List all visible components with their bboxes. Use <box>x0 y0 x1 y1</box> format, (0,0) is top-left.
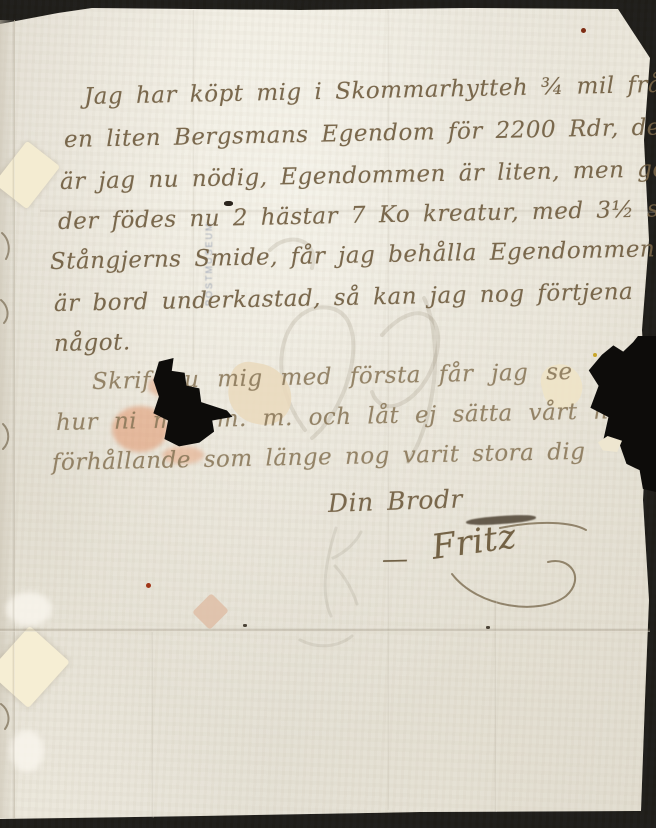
fold-crease-horizontal-main <box>0 628 650 632</box>
fold-nick-left <box>243 624 247 627</box>
red-ink-dot-top <box>581 28 586 33</box>
closing-line: Din Brodr <box>327 484 463 518</box>
yellow-speck <box>593 353 597 357</box>
letter-scan: POSTMUSEUM Jag har köpt mig i Skommarhyt… <box>0 0 656 828</box>
red-ink-dot-bottom <box>146 583 151 588</box>
letter-line: något. <box>54 329 131 357</box>
dark-speck-top <box>224 201 233 206</box>
fold-crease-vertical-left <box>12 22 15 818</box>
fold-nick-right <box>486 626 490 629</box>
fold-crease-vertical-4 <box>151 632 154 818</box>
signature-dash: — <box>382 544 409 575</box>
left-edge-ink-fragments <box>1 233 9 729</box>
